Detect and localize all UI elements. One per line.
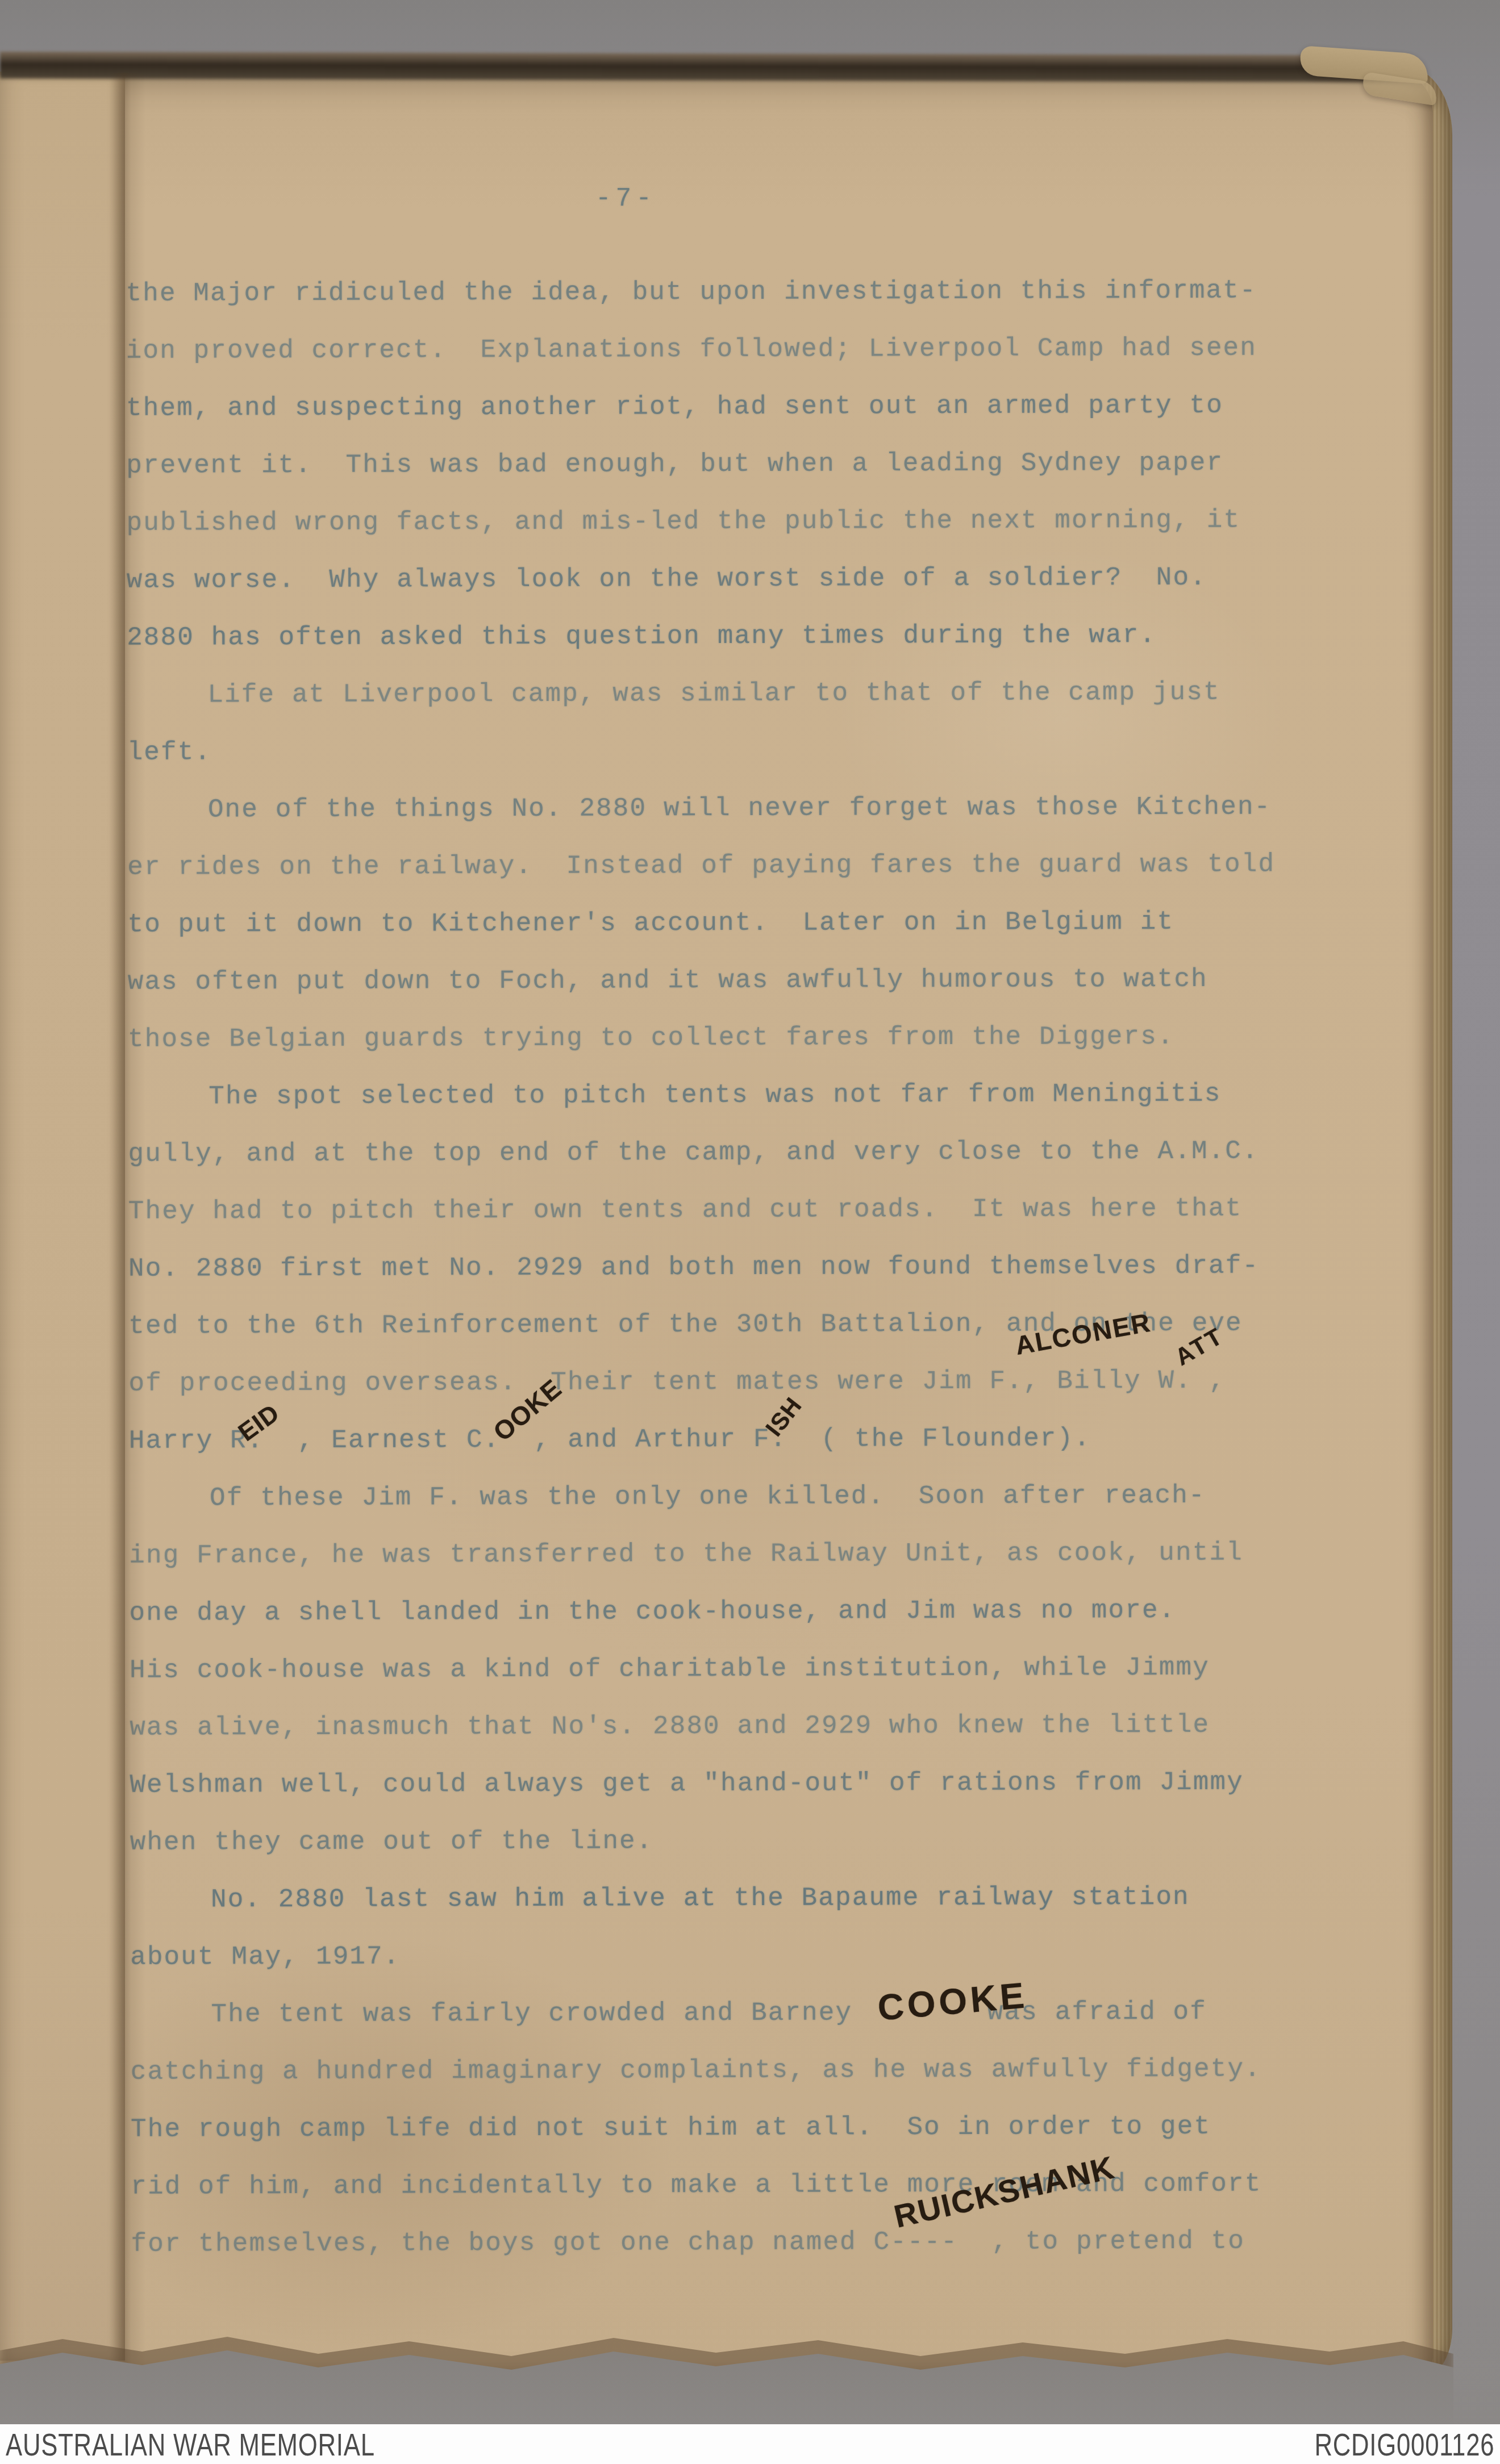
typed-line: was alive, inasmuch that No's. 2880 and …: [130, 1696, 1357, 1757]
typed-line: one day a shell landed in the cook-house…: [129, 1581, 1356, 1642]
typed-line: No. 2880 first met No. 2929 and both men…: [128, 1237, 1356, 1298]
typed-line: them, and suspecting another riot, had s…: [126, 377, 1353, 437]
typed-line: was often put down to Foch, and it was a…: [128, 950, 1355, 1011]
left-page-fold: [0, 75, 125, 2361]
gutter-crease: [109, 73, 145, 2370]
typed-line: Life at Liverpool camp, was similar to t…: [127, 663, 1354, 724]
typed-line: prevent it. This was bad enough, but whe…: [126, 434, 1353, 495]
typed-line: The spot selected to pitch tents was not…: [128, 1065, 1355, 1126]
typed-line: ion proved correct. Explanations followe…: [126, 319, 1353, 380]
typed-line: 2880 has often asked this question many …: [127, 606, 1354, 667]
page-number: -7-: [595, 184, 656, 214]
typed-lines: the Major ridiculed the idea, but upon i…: [126, 262, 1358, 2273]
typed-line: the Major ridiculed the idea, but upon i…: [126, 262, 1353, 323]
typed-line: catching a hundred imaginary complaints,…: [131, 2040, 1358, 2101]
typed-line: The rough camp life did not suit him at …: [131, 2098, 1358, 2158]
typed-line: when they came out of the line.: [130, 1811, 1357, 1872]
typed-line: rid of him, and incidentally to make a l…: [131, 2155, 1358, 2216]
typed-line: of proceeding overseas. Their tent mates…: [128, 1352, 1356, 1413]
footer-archive-name: AUSTRALIAN WAR MEMORIAL: [6, 2426, 375, 2463]
typed-line: The tent was fairly crowded and Barney w…: [130, 1983, 1357, 2044]
typed-line: They had to pitch their own tents and cu…: [128, 1180, 1356, 1241]
typed-line: to put it down to Kitchener's account. L…: [127, 893, 1355, 954]
footer-bar: AUSTRALIAN WAR MEMORIAL RCDIG0001126: [0, 2424, 1500, 2464]
typed-line: published wrong facts, and mis-led the p…: [126, 491, 1353, 552]
typed-line: ing France, he was transferred to the Ra…: [129, 1524, 1356, 1585]
typed-line: left.: [127, 721, 1354, 782]
typed-line: His cook-house was a kind of charitable …: [130, 1639, 1357, 1699]
typed-line: was worse. Why always look on the worst …: [127, 549, 1354, 609]
typed-line: Of these Jim F. was the only one killed.…: [129, 1467, 1356, 1527]
typed-line: gully, and at the top end of the camp, a…: [128, 1122, 1355, 1183]
scan-background: -7- the Major ridiculed the idea, but up…: [0, 0, 1500, 2464]
footer-item-id: RCDIG0001126: [1314, 2426, 1494, 2463]
typed-line: No. 2880 last saw him alive at the Bapau…: [130, 1868, 1357, 1929]
book-top-edge-shadow: [0, 52, 1419, 84]
typed-line: for themselves, the boys got one chap na…: [131, 2212, 1358, 2273]
typed-line: One of the things No. 2880 will never fo…: [127, 778, 1355, 839]
typed-line: about May, 1917.: [130, 1926, 1357, 1986]
typed-line: Harry R. , Earnest C. , and Arthur F. ( …: [129, 1409, 1356, 1470]
typed-line: er rides on the railway. Instead of payi…: [127, 836, 1355, 896]
typed-line: Welshman well, could always get a "hand-…: [130, 1753, 1357, 1814]
typed-line: those Belgian guards trying to collect f…: [128, 1008, 1355, 1068]
